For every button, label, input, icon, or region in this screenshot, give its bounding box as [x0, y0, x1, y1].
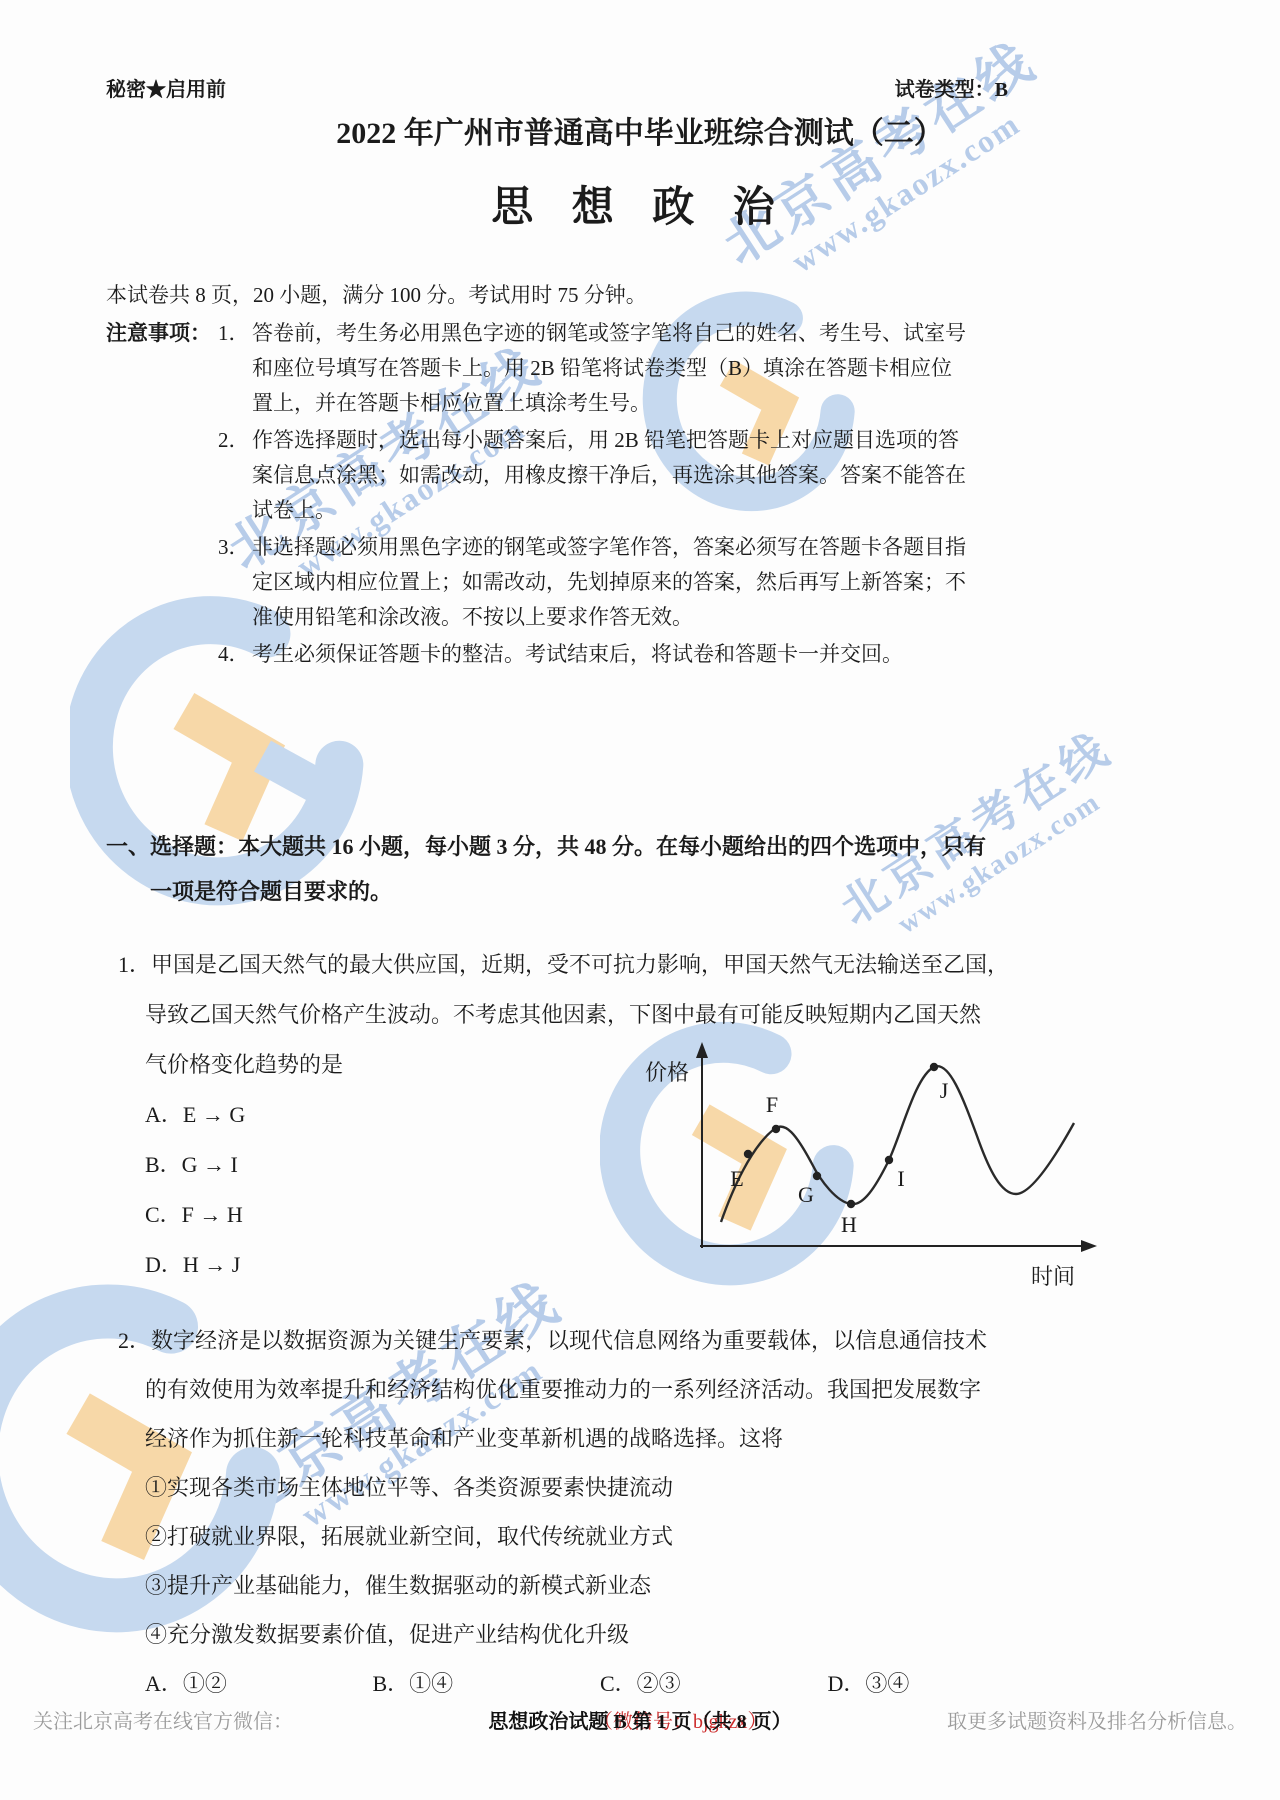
- notice-block: 注意事项： 1． 答卷前，考生务必用黑色字迹的钢笔或签字笔将自己的姓名、考生号、…: [106, 316, 1052, 674]
- question-1-line: 导致乙国天然气价格产生波动。不考虑其他因素，下图中最有可能反映短期内乙国天然: [145, 990, 1090, 1040]
- option-a: A．①②: [145, 1659, 367, 1708]
- section-line-2: 一项是符合题目要求的。: [106, 869, 1066, 914]
- curve-point-label-F: F: [766, 1092, 778, 1117]
- question-2-subitem-3: ③提升产业基础能力，催生数据驱动的新模式新业态: [145, 1561, 1090, 1610]
- question-2-options: A．①② B．①④ C．②③ D．③④: [145, 1659, 1090, 1708]
- curve-point-H: [847, 1200, 855, 1208]
- paper-type-label: 试卷类型：B: [895, 76, 1008, 104]
- question-1-line: 1．甲国是乙国天然气的最大供应国，近期，受不可抗力影响，甲国天然气无法输送至乙国…: [145, 940, 1090, 990]
- gk-logo-blue-tail: [262, 740, 328, 808]
- notice-line: 定区域内相应位置上；如需改动，先划掉原来的答案，然后再写上新答案；不: [252, 565, 1052, 600]
- curve-point-label-E: E: [730, 1166, 743, 1191]
- notice-line: 答卷前，考生务必用黑色字迹的钢笔或签字笔将自己的姓名、考生号、试室号: [252, 316, 1052, 351]
- notice-item-number: 3．: [218, 530, 252, 635]
- price-curve: [721, 1066, 1074, 1222]
- option-b: B．①④: [373, 1659, 595, 1708]
- notice-line: 准使用铅笔和涂改液。不按以上要求作答无效。: [252, 600, 1052, 635]
- question-2-line: 的有效使用为效率提升和经济结构优化重要推动力的一系列经济活动。我国把发展数字: [145, 1365, 1090, 1414]
- curve-point-J: [930, 1063, 938, 1071]
- security-label: 秘密★启用前: [106, 76, 226, 104]
- page-footer: 关注北京高考在线官方微信： （微信号：bjgkzx） 取更多试题资料及排名分析信…: [33, 1706, 1247, 1742]
- curve-point-E: [744, 1150, 752, 1158]
- question-2-subitem-2: ②打破就业界限，拓展就业新空间，取代传统就业方式: [145, 1512, 1090, 1561]
- notice-line: 和座位号填写在答题卡上。用 2B 铅笔将试卷类型（B）填涂在答题卡相应位: [252, 351, 1052, 386]
- question-2-number: 2．: [118, 1328, 151, 1353]
- x-axis-arrow: [1081, 1240, 1097, 1252]
- exam-paper-page: 北京高考在线 www.gkaozx.com 北京高考在线 www.gkaozx.…: [0, 0, 1280, 1800]
- price-time-chart: 价格 EFGHIJ 时间: [645, 1036, 1100, 1294]
- notice-line: 试卷上。: [252, 493, 1052, 528]
- notice-item-4: 4． 考生必须保证答题卡的整洁。考试结束后，将试卷和答题卡一并交回。: [218, 637, 1052, 672]
- watermark-text-top-right: 北京高考在线 www.gkaozx.com: [704, 24, 1075, 312]
- question-2: 2．数字经济是以数据资源为关键生产要素，以现代信息网络为重要载体，以信息通信技术…: [118, 1316, 1090, 1708]
- page-number-label: 思想政治试题 B 第 1 页（共 8 页）: [33, 1706, 1247, 1738]
- curve-point-label-G: G: [798, 1182, 814, 1207]
- notice-item-number: 1．: [218, 316, 252, 421]
- notice-items: 1． 答卷前，考生务必用黑色字迹的钢笔或签字笔将自己的姓名、考生号、试室号 和座…: [218, 316, 1052, 674]
- y-axis-label: 价格: [645, 1060, 689, 1085]
- notice-line: 考生必须保证答题卡的整洁。考试结束后，将试卷和答题卡一并交回。: [252, 637, 1052, 672]
- option-d: D．③④: [828, 1659, 1050, 1708]
- notice-label: 注意事项：: [106, 316, 218, 674]
- curve-point-label-H: H: [841, 1212, 857, 1237]
- notice-item-3: 3． 非选择题必须用黑色字迹的钢笔或签字笔作答，答案必须写在答题卡各题目指 定区…: [218, 530, 1052, 635]
- question-1-number: 1．: [118, 952, 151, 977]
- option-c: C．②③: [600, 1659, 822, 1708]
- section-line-1: 一、选择题：本大题共 16 小题，每小题 3 分，共 48 分。在每小题给出的四…: [106, 824, 1066, 869]
- question-2-line: 经济作为抓住新一轮科技革命和产业变革新机遇的战略选择。这将: [145, 1414, 1090, 1463]
- notice-line: 置上，并在答题卡相应位置上填涂考生号。: [252, 386, 1052, 421]
- question-2-line: 2．数字经济是以数据资源为关键生产要素，以现代信息网络为重要载体，以信息通信技术: [145, 1316, 1090, 1365]
- notice-item-2: 2． 作答选择题时，选出每小题答案后，用 2B 铅笔把答题卡上对应题目选项的答 …: [218, 423, 1052, 528]
- curve-point-G: [813, 1172, 821, 1180]
- notice-line: 作答选择题时，选出每小题答案后，用 2B 铅笔把答题卡上对应题目选项的答: [252, 423, 1052, 458]
- notice-line: 非选择题必须用黑色字迹的钢笔或签字笔作答，答案必须写在答题卡各题目指: [252, 530, 1052, 565]
- notice-item-1: 1． 答卷前，考生务必用黑色字迹的钢笔或签字笔将自己的姓名、考生号、试室号 和座…: [218, 316, 1052, 421]
- curve-point-label-I: I: [897, 1166, 904, 1191]
- y-axis-arrow: [696, 1042, 708, 1058]
- question-2-subitem-4: ④充分激发数据要素价值，促进产业结构优化升级: [145, 1610, 1090, 1659]
- x-axis-label: 时间: [1031, 1264, 1075, 1289]
- question-2-subitem-1: ①实现各类市场主体地位平等、各类资源要素快捷流动: [145, 1463, 1090, 1512]
- curve-point-I: [885, 1156, 893, 1164]
- price-curve-figure: 价格 EFGHIJ 时间: [645, 1036, 1100, 1294]
- exam-subject: 思 想 政 治: [0, 180, 1280, 236]
- curve-point-label-J: J: [940, 1078, 949, 1103]
- notice-item-number: 4．: [218, 637, 252, 672]
- section-header: 一、选择题：本大题共 16 小题，每小题 3 分，共 48 分。在每小题给出的四…: [106, 824, 1066, 914]
- exam-info-line: 本试卷共 8 页，20 小题，满分 100 分。考试用时 75 分钟。: [106, 278, 647, 313]
- exam-title: 2022 年广州市普通高中毕业班综合测试（二）: [0, 114, 1280, 154]
- page-header: 秘密★启用前 试卷类型：B: [106, 76, 1008, 104]
- notice-line: 案信息点涂黑；如需改动，用橡皮擦干净后，再选涂其他答案。答案不能答在: [252, 458, 1052, 493]
- curve-point-F: [772, 1125, 780, 1133]
- notice-item-number: 2．: [218, 423, 252, 528]
